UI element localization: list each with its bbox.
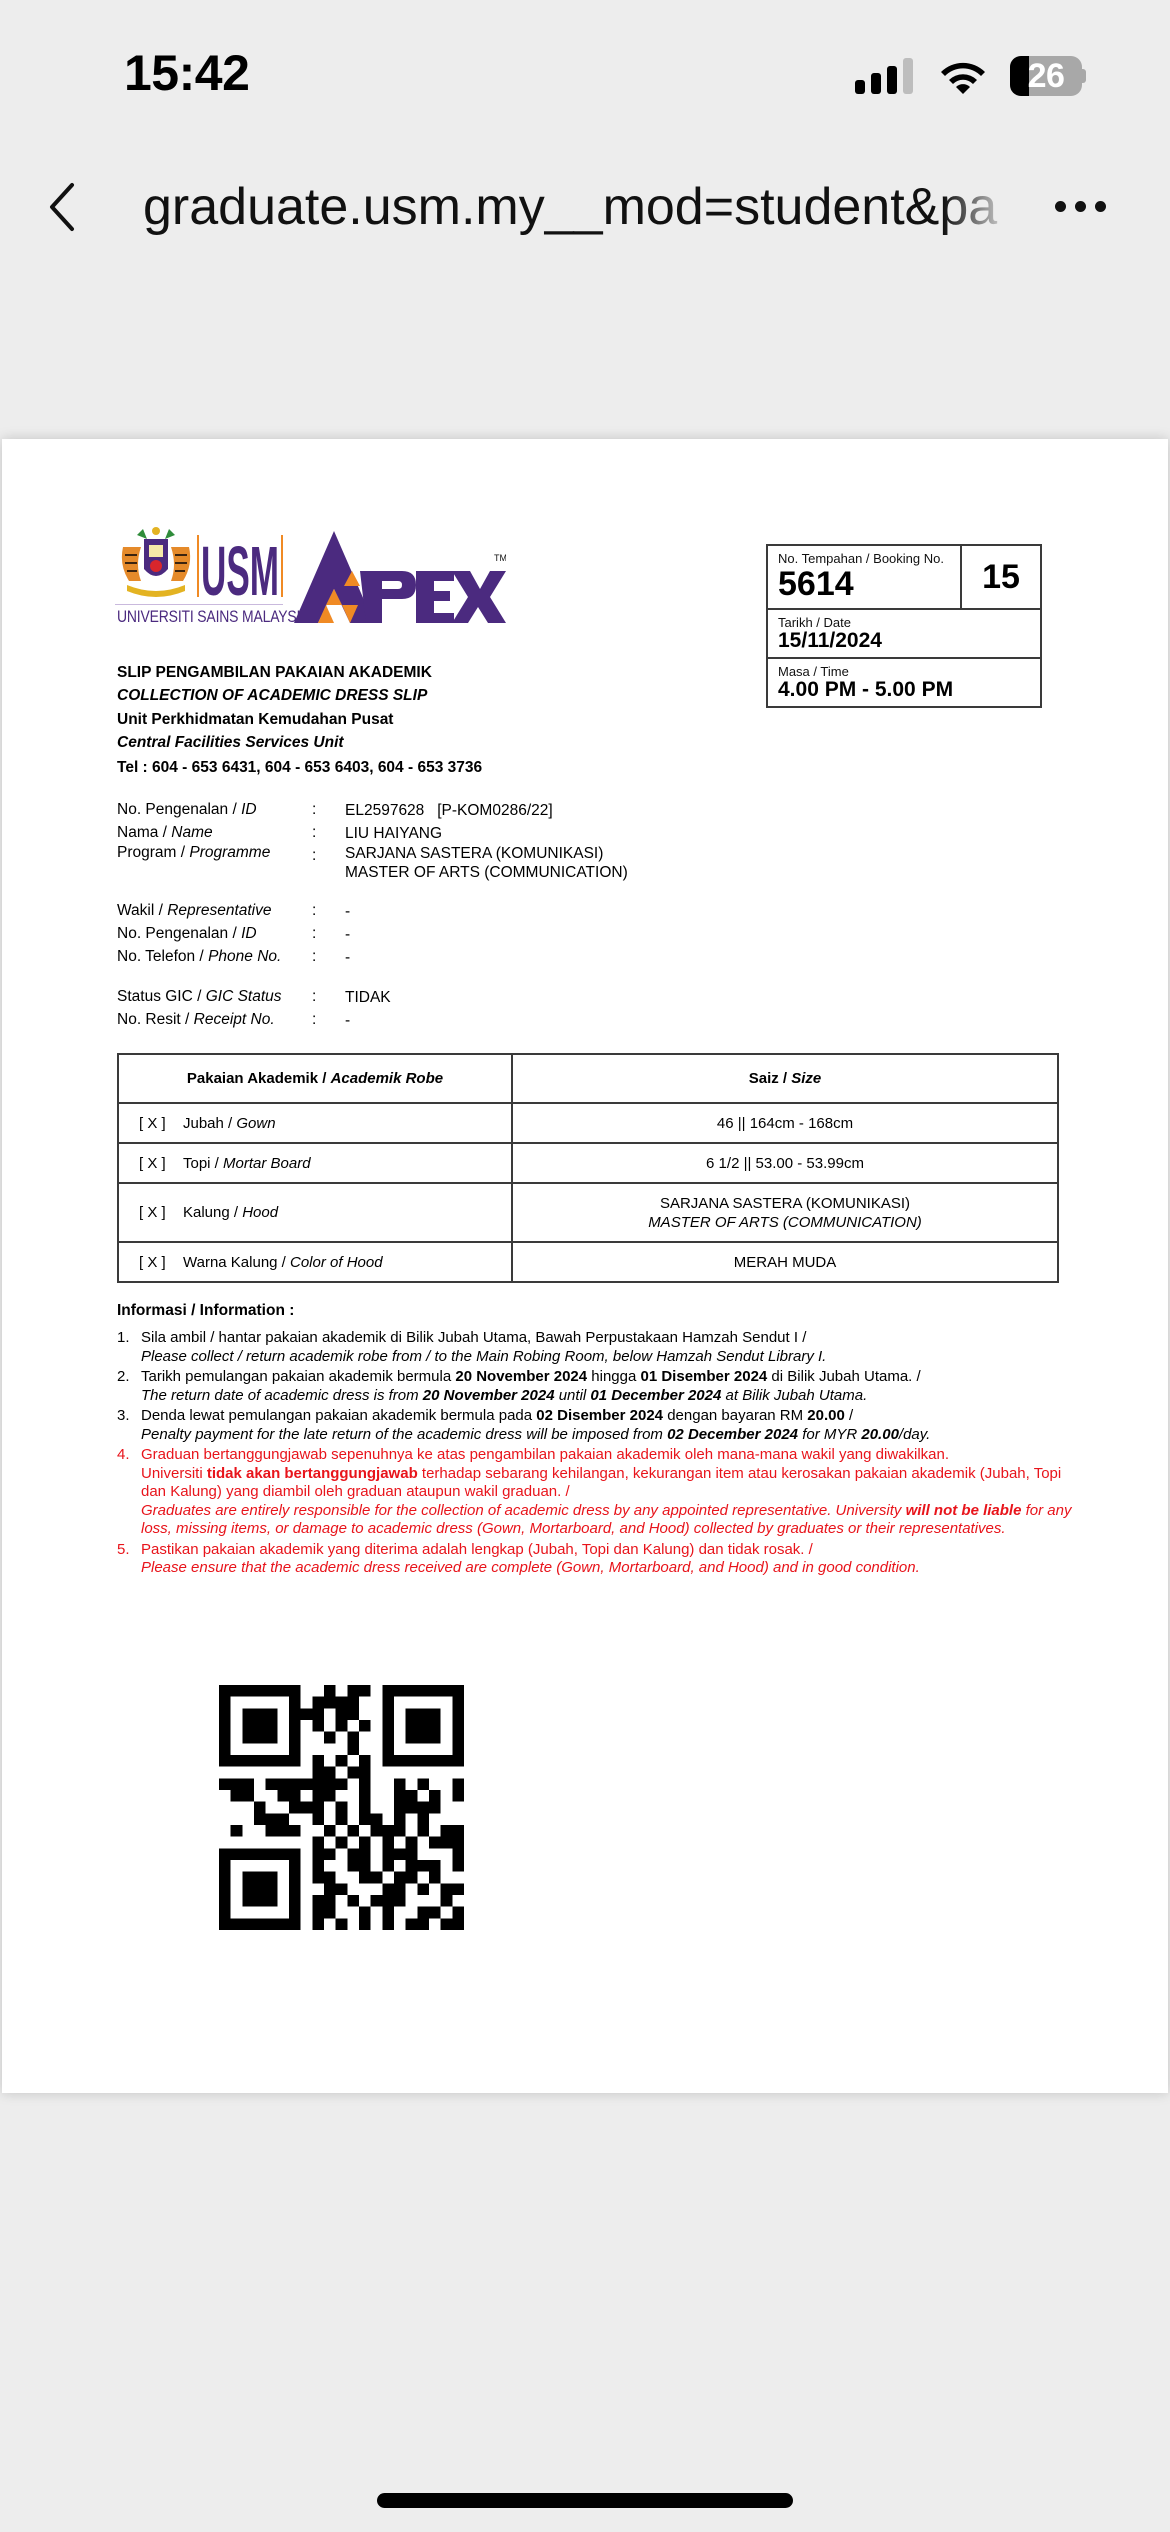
booking-qr-code bbox=[219, 1685, 464, 1930]
rep-id-value: - bbox=[345, 925, 350, 944]
pdf-page: USM UNIVERSITI SAINS MALAYSIA TM No. Tem… bbox=[2, 439, 1168, 2093]
more-options-button[interactable] bbox=[1055, 196, 1115, 216]
robe-item-hood: [ X ]Kalung / Hood bbox=[118, 1183, 512, 1242]
booking-no: 5614 bbox=[778, 564, 854, 604]
information-heading: Informasi / Information : bbox=[117, 1302, 294, 1320]
more-dot-icon bbox=[1055, 201, 1066, 212]
chevron-left-icon bbox=[40, 175, 90, 240]
usm-wordmark: USM bbox=[197, 529, 283, 605]
representative-label: Wakil / Representative bbox=[117, 902, 272, 920]
usm-crest-icon bbox=[115, 525, 197, 605]
status-time: 15:42 bbox=[124, 44, 249, 102]
svg-text:USM: USM bbox=[201, 532, 279, 605]
information-item: 1. Sila ambil / hantar pakaian akademik … bbox=[117, 1329, 1077, 1366]
date-label: Tarikh / Date bbox=[778, 615, 851, 630]
booking-time: 4.00 PM - 5.00 PM bbox=[778, 678, 953, 702]
queue-number: 15 bbox=[962, 546, 1040, 608]
url-field[interactable]: graduate.usm.my__mod=student&pa bbox=[143, 176, 1043, 238]
id-label: No. Pengenalan / ID bbox=[117, 801, 257, 819]
home-indicator[interactable] bbox=[377, 2493, 793, 2508]
unit-name-ms: Unit Perkhidmatan Kemudahan Pusat bbox=[117, 711, 393, 729]
unit-name-en: Central Facilities Services Unit bbox=[117, 734, 344, 752]
name-label: Nama / Name bbox=[117, 824, 213, 842]
column-header-robe: Pakaian Akademik / Academik Robe bbox=[118, 1054, 512, 1103]
booking-box: No. Tempahan / Booking No. 5614 15 Tarik… bbox=[766, 544, 1042, 708]
apex-logo: TM bbox=[294, 531, 506, 625]
cellular-signal-icon bbox=[855, 58, 917, 94]
table-header-row: Pakaian Akademik / Academik Robe Saiz / … bbox=[118, 1054, 1058, 1103]
more-dot-icon bbox=[1095, 201, 1106, 212]
url-text: graduate.usm.my__mod=student&pa bbox=[143, 176, 1013, 238]
usm-caption: UNIVERSITI SAINS MALAYSIA bbox=[117, 607, 309, 627]
back-button[interactable] bbox=[40, 175, 90, 240]
information-item-warning: 4. Graduan bertanggungjawab sepenuhnya k… bbox=[117, 1446, 1077, 1539]
more-dot-icon bbox=[1075, 201, 1086, 212]
robe-size-gown: 46 || 164cm - 168cm bbox=[512, 1103, 1058, 1143]
robe-size-hood-color: MERAH MUDA bbox=[512, 1242, 1058, 1282]
slip-title-en: COLLECTION OF ACADEMIC DRESS SLIP bbox=[117, 687, 427, 705]
booking-date: 15/11/2024 bbox=[778, 629, 882, 653]
academic-robe-table: Pakaian Akademik / Academik Robe Saiz / … bbox=[117, 1053, 1059, 1283]
slip-title-ms: SLIP PENGAMBILAN PAKAIAN AKADEMIK bbox=[117, 664, 432, 682]
robe-item-mortar-board: [ X ]Topi / Mortar Board bbox=[118, 1143, 512, 1183]
rep-id-label: No. Pengenalan / ID bbox=[117, 925, 257, 943]
gic-status-value: TIDAK bbox=[345, 988, 391, 1007]
battery-icon: 26 bbox=[1010, 56, 1086, 96]
robe-item-hood-color: [ X ]Warna Kalung / Color of Hood bbox=[118, 1242, 512, 1282]
information-item-warning: 5. Pastikan pakaian akademik yang diteri… bbox=[117, 1541, 1077, 1578]
table-row: [ X ]Jubah / Gown 46 || 164cm - 168cm bbox=[118, 1103, 1058, 1143]
gic-status-label: Status GIC / GIC Status bbox=[117, 988, 282, 1006]
rep-phone-value: - bbox=[345, 948, 350, 967]
representative-value: - bbox=[345, 902, 350, 921]
information-item: 3. Denda lewat pemulangan pakaian akadem… bbox=[117, 1407, 1077, 1444]
student-id-value: EL2597628 [P-KOM0286/22] bbox=[345, 801, 553, 820]
column-header-size: Saiz / Size bbox=[512, 1054, 1058, 1103]
information-list: 1. Sila ambil / hantar pakaian akademik … bbox=[117, 1329, 1077, 1580]
time-label: Masa / Time bbox=[778, 664, 849, 679]
usm-logo: USM UNIVERSITI SAINS MALAYSIA bbox=[115, 525, 283, 635]
svg-text:TM: TM bbox=[494, 553, 506, 563]
programme-value: SARJANA SASTERA (KOMUNIKASI) MASTER OF A… bbox=[345, 844, 628, 882]
telephone-line: Tel : 604 - 653 6431, 604 - 653 6403, 60… bbox=[117, 759, 482, 777]
battery-level: 26 bbox=[1010, 56, 1082, 96]
information-item: 2. Tarikh pemulangan pakaian akademik be… bbox=[117, 1368, 1077, 1405]
student-name-value: LIU HAIYANG bbox=[345, 824, 442, 843]
table-row: [ X ]Topi / Mortar Board 6 1/2 || 53.00 … bbox=[118, 1143, 1058, 1183]
robe-size-hood: SARJANA SASTERA (KOMUNIKASI)MASTER OF AR… bbox=[512, 1183, 1058, 1242]
wifi-icon bbox=[938, 56, 988, 96]
programme-label: Program / Programme bbox=[117, 844, 270, 862]
table-row: [ X ]Warna Kalung / Color of Hood MERAH … bbox=[118, 1242, 1058, 1282]
table-row: [ X ]Kalung / Hood SARJANA SASTERA (KOMU… bbox=[118, 1183, 1058, 1242]
receipt-value: - bbox=[345, 1011, 350, 1030]
receipt-label: No. Resit / Receipt No. bbox=[117, 1011, 275, 1029]
robe-item-gown: [ X ]Jubah / Gown bbox=[118, 1103, 512, 1143]
rep-phone-label: No. Telefon / Phone No. bbox=[117, 948, 281, 966]
robe-size-mortar-board: 6 1/2 || 53.00 - 53.99cm bbox=[512, 1143, 1058, 1183]
